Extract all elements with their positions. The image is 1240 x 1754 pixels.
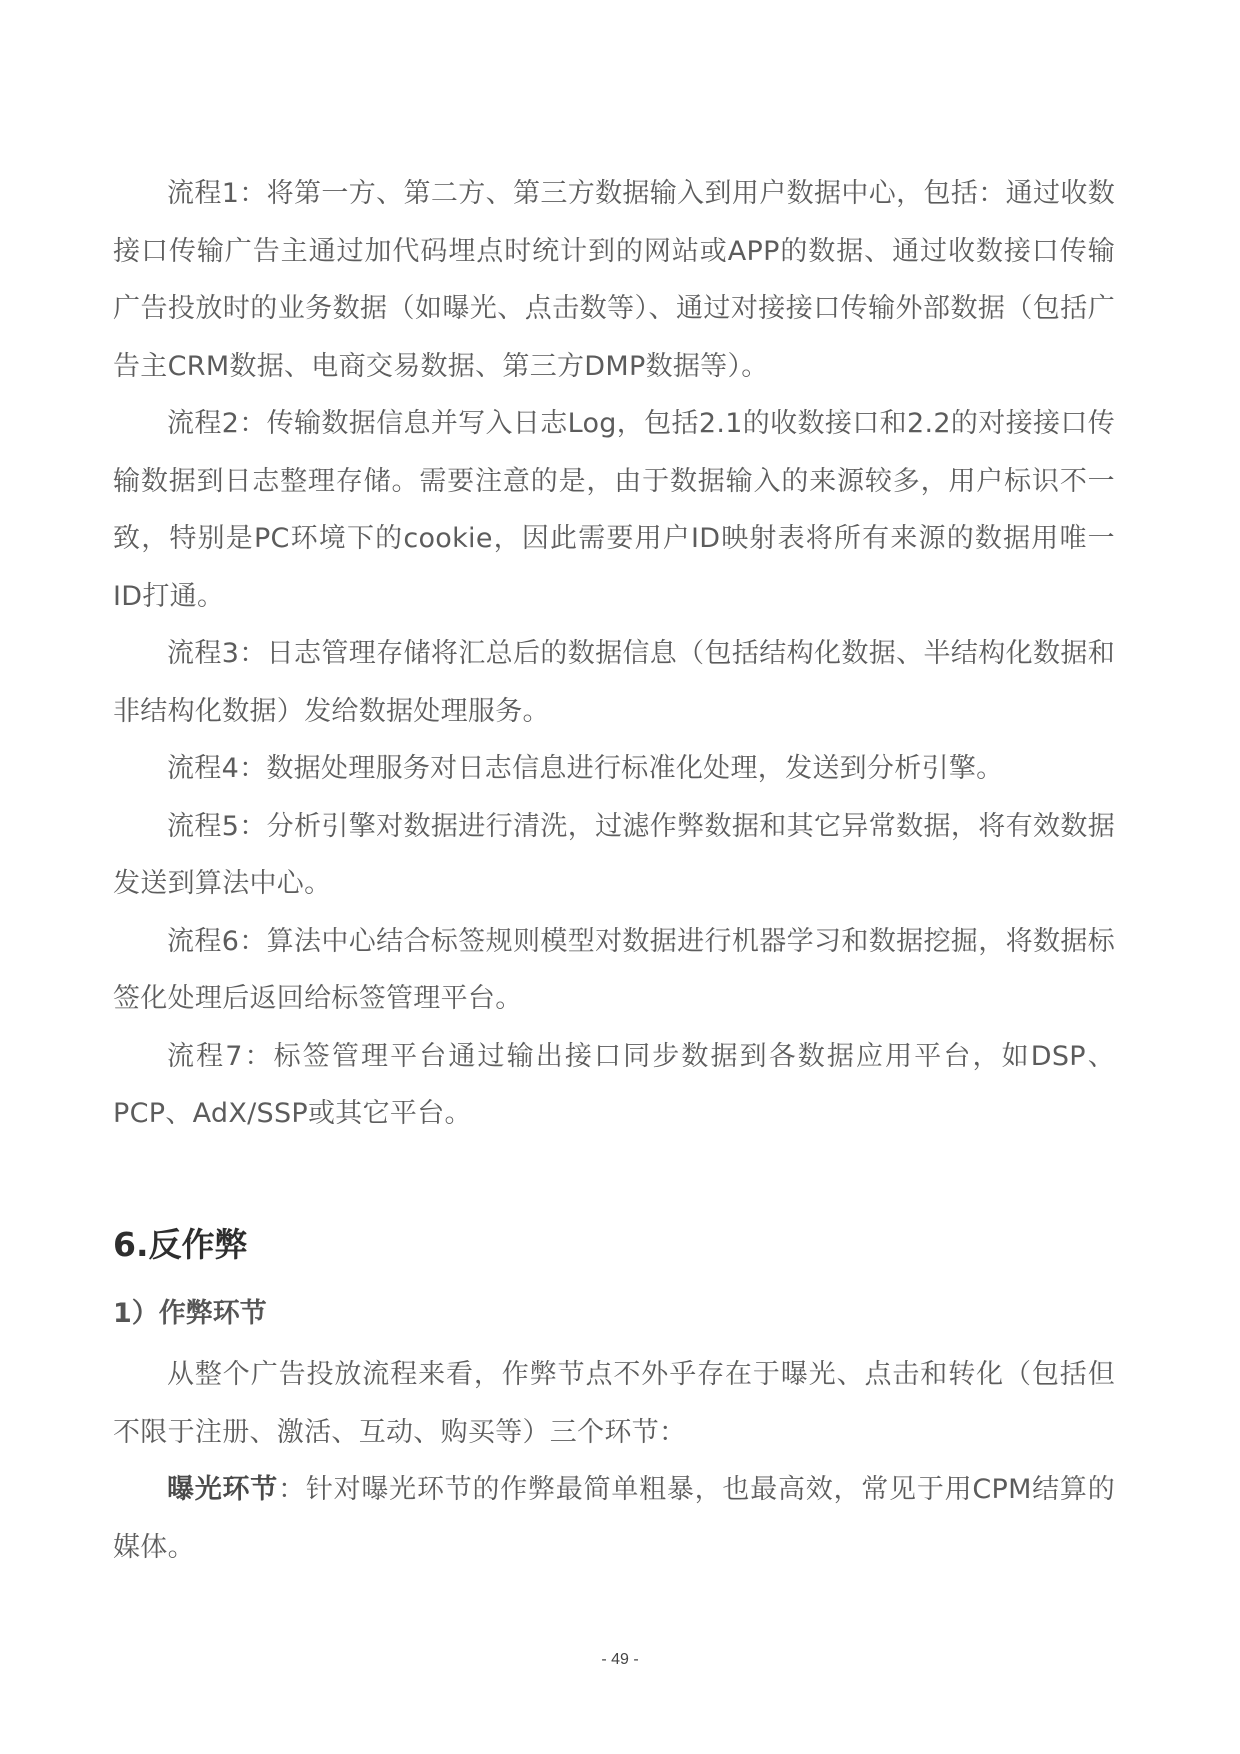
paragraph-process-7: 流程7：标签管理平台通过输出接口同步数据到各数据应用平台，如DSP、PCP、Ad…: [113, 1028, 1115, 1143]
paragraph-process-1: 流程1：将第一方、第二方、第三方数据输入到用户数据中心，包括：通过收数接口传输广…: [113, 165, 1115, 395]
document-body-bottom: 从整个广告投放流程来看，作弊节点不外乎存在于曝光、点击和转化（包括但不限于注册、…: [113, 1346, 1115, 1576]
subsection-heading: 1）作弊环节: [113, 1294, 267, 1334]
paragraph-process-2: 流程2：传输数据信息并写入日志Log，包括2.1的收数接口和2.2的对接接口传输…: [113, 395, 1115, 625]
paragraph-cheating-overview: 从整个广告投放流程来看，作弊节点不外乎存在于曝光、点击和转化（包括但不限于注册、…: [113, 1346, 1115, 1461]
paragraph-process-6: 流程6：算法中心结合标签规则模型对数据进行机器学习和数据挖掘，将数据标签化处理后…: [113, 913, 1115, 1028]
paragraph-impression-stage: 曝光环节：针对曝光环节的作弊最简单粗暴，也最高效，常见于用CPM结算的媒体。: [113, 1461, 1115, 1576]
page-number: - 49 -: [0, 1651, 1240, 1669]
paragraph-text: 从整个广告投放流程来看，作弊节点不外乎存在于曝光、点击和转化（包括但不限于注册、…: [113, 1359, 1115, 1448]
paragraph-process-5: 流程5：分析引擎对数据进行清洗，过滤作弊数据和其它异常数据，将有效数据发送到算法…: [113, 798, 1115, 913]
bold-lead-term: 曝光环节: [167, 1474, 278, 1505]
document-body-top: 流程1：将第一方、第二方、第三方数据输入到用户数据中心，包括：通过收数接口传输广…: [113, 165, 1115, 1143]
paragraph-process-4: 流程4：数据处理服务对日志信息进行标准化处理，发送到分析引擎。: [113, 740, 1115, 798]
paragraph-process-3: 流程3：日志管理存储将汇总后的数据信息（包括结构化数据、半结构化数据和非结构化数…: [113, 625, 1115, 740]
section-heading: 6.反作弊: [113, 1222, 248, 1268]
